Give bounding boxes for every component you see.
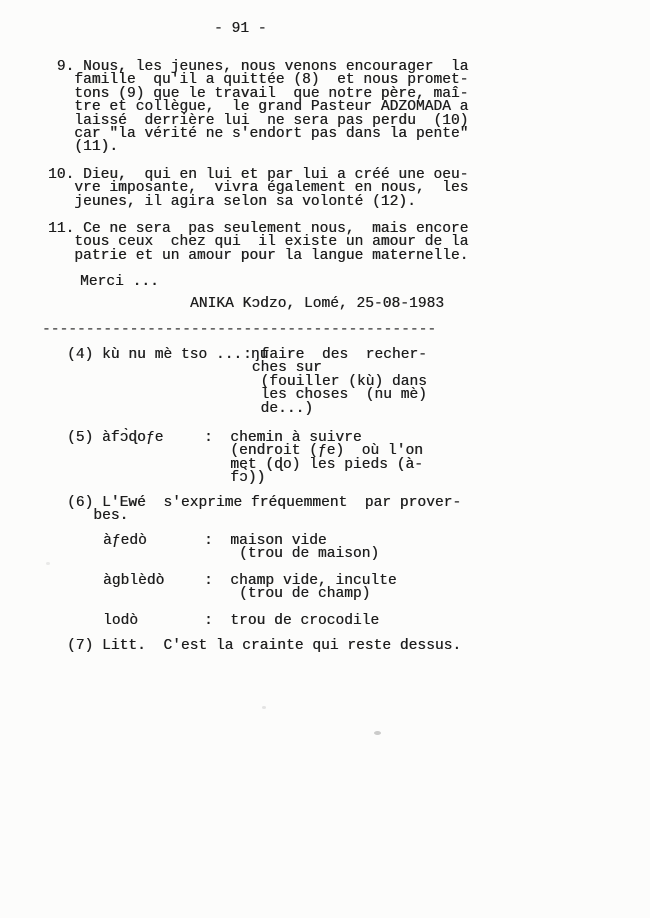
footnote-6-text: (6) L'Ewé s'exprime fréquemment par prov… xyxy=(67,497,461,524)
numbered-paragraph-10: 10. Dieu, qui en lui et par lui a créé u… xyxy=(48,169,468,209)
footnote-7-text: (7) Litt. C'est la crainte qui reste des… xyxy=(67,640,461,653)
scan-artifact xyxy=(374,731,381,735)
signature-line: ANIKA Kɔdzo, Lomé, 25-08-1983 xyxy=(190,298,444,311)
scan-artifact xyxy=(46,562,50,565)
footnote-5-term: (5) àfɔ̀ɖoƒe xyxy=(67,432,163,445)
scan-artifact xyxy=(262,706,266,709)
proverb-term: àƒedò xyxy=(103,535,147,548)
proverb-term: àgblèdò xyxy=(103,575,164,588)
closing-word: Merci ... xyxy=(80,276,159,289)
footnote-4-definition: : faire des recher- ches sur (fouiller (… xyxy=(243,349,427,416)
proverb-definition: : trou de crocodile xyxy=(204,615,379,628)
scanned-document-page: - 91 - 9. Nous, les jeunes, nous venons … xyxy=(0,0,650,918)
page-number: - 91 - xyxy=(214,23,267,36)
numbered-paragraph-9: 9. Nous, les jeunes, nous venons encoura… xyxy=(48,61,468,155)
proverb-definition: : champ vide, inculte (trou de champ) xyxy=(204,575,397,602)
numbered-paragraph-11: 11. Ce ne sera pas seulement nous, mais … xyxy=(48,223,468,263)
footnote-4-term: (4) kù nu mè tso ... ŋu xyxy=(67,349,268,362)
proverb-term: lodò xyxy=(103,615,138,628)
footnote-5-definition: : chemin à suivre (endroit (ƒe) où l'on … xyxy=(204,432,423,486)
proverb-definition: : maison vide (trou de maison) xyxy=(204,535,379,562)
footnote-separator-line: ----------------------------------------… xyxy=(42,324,436,337)
